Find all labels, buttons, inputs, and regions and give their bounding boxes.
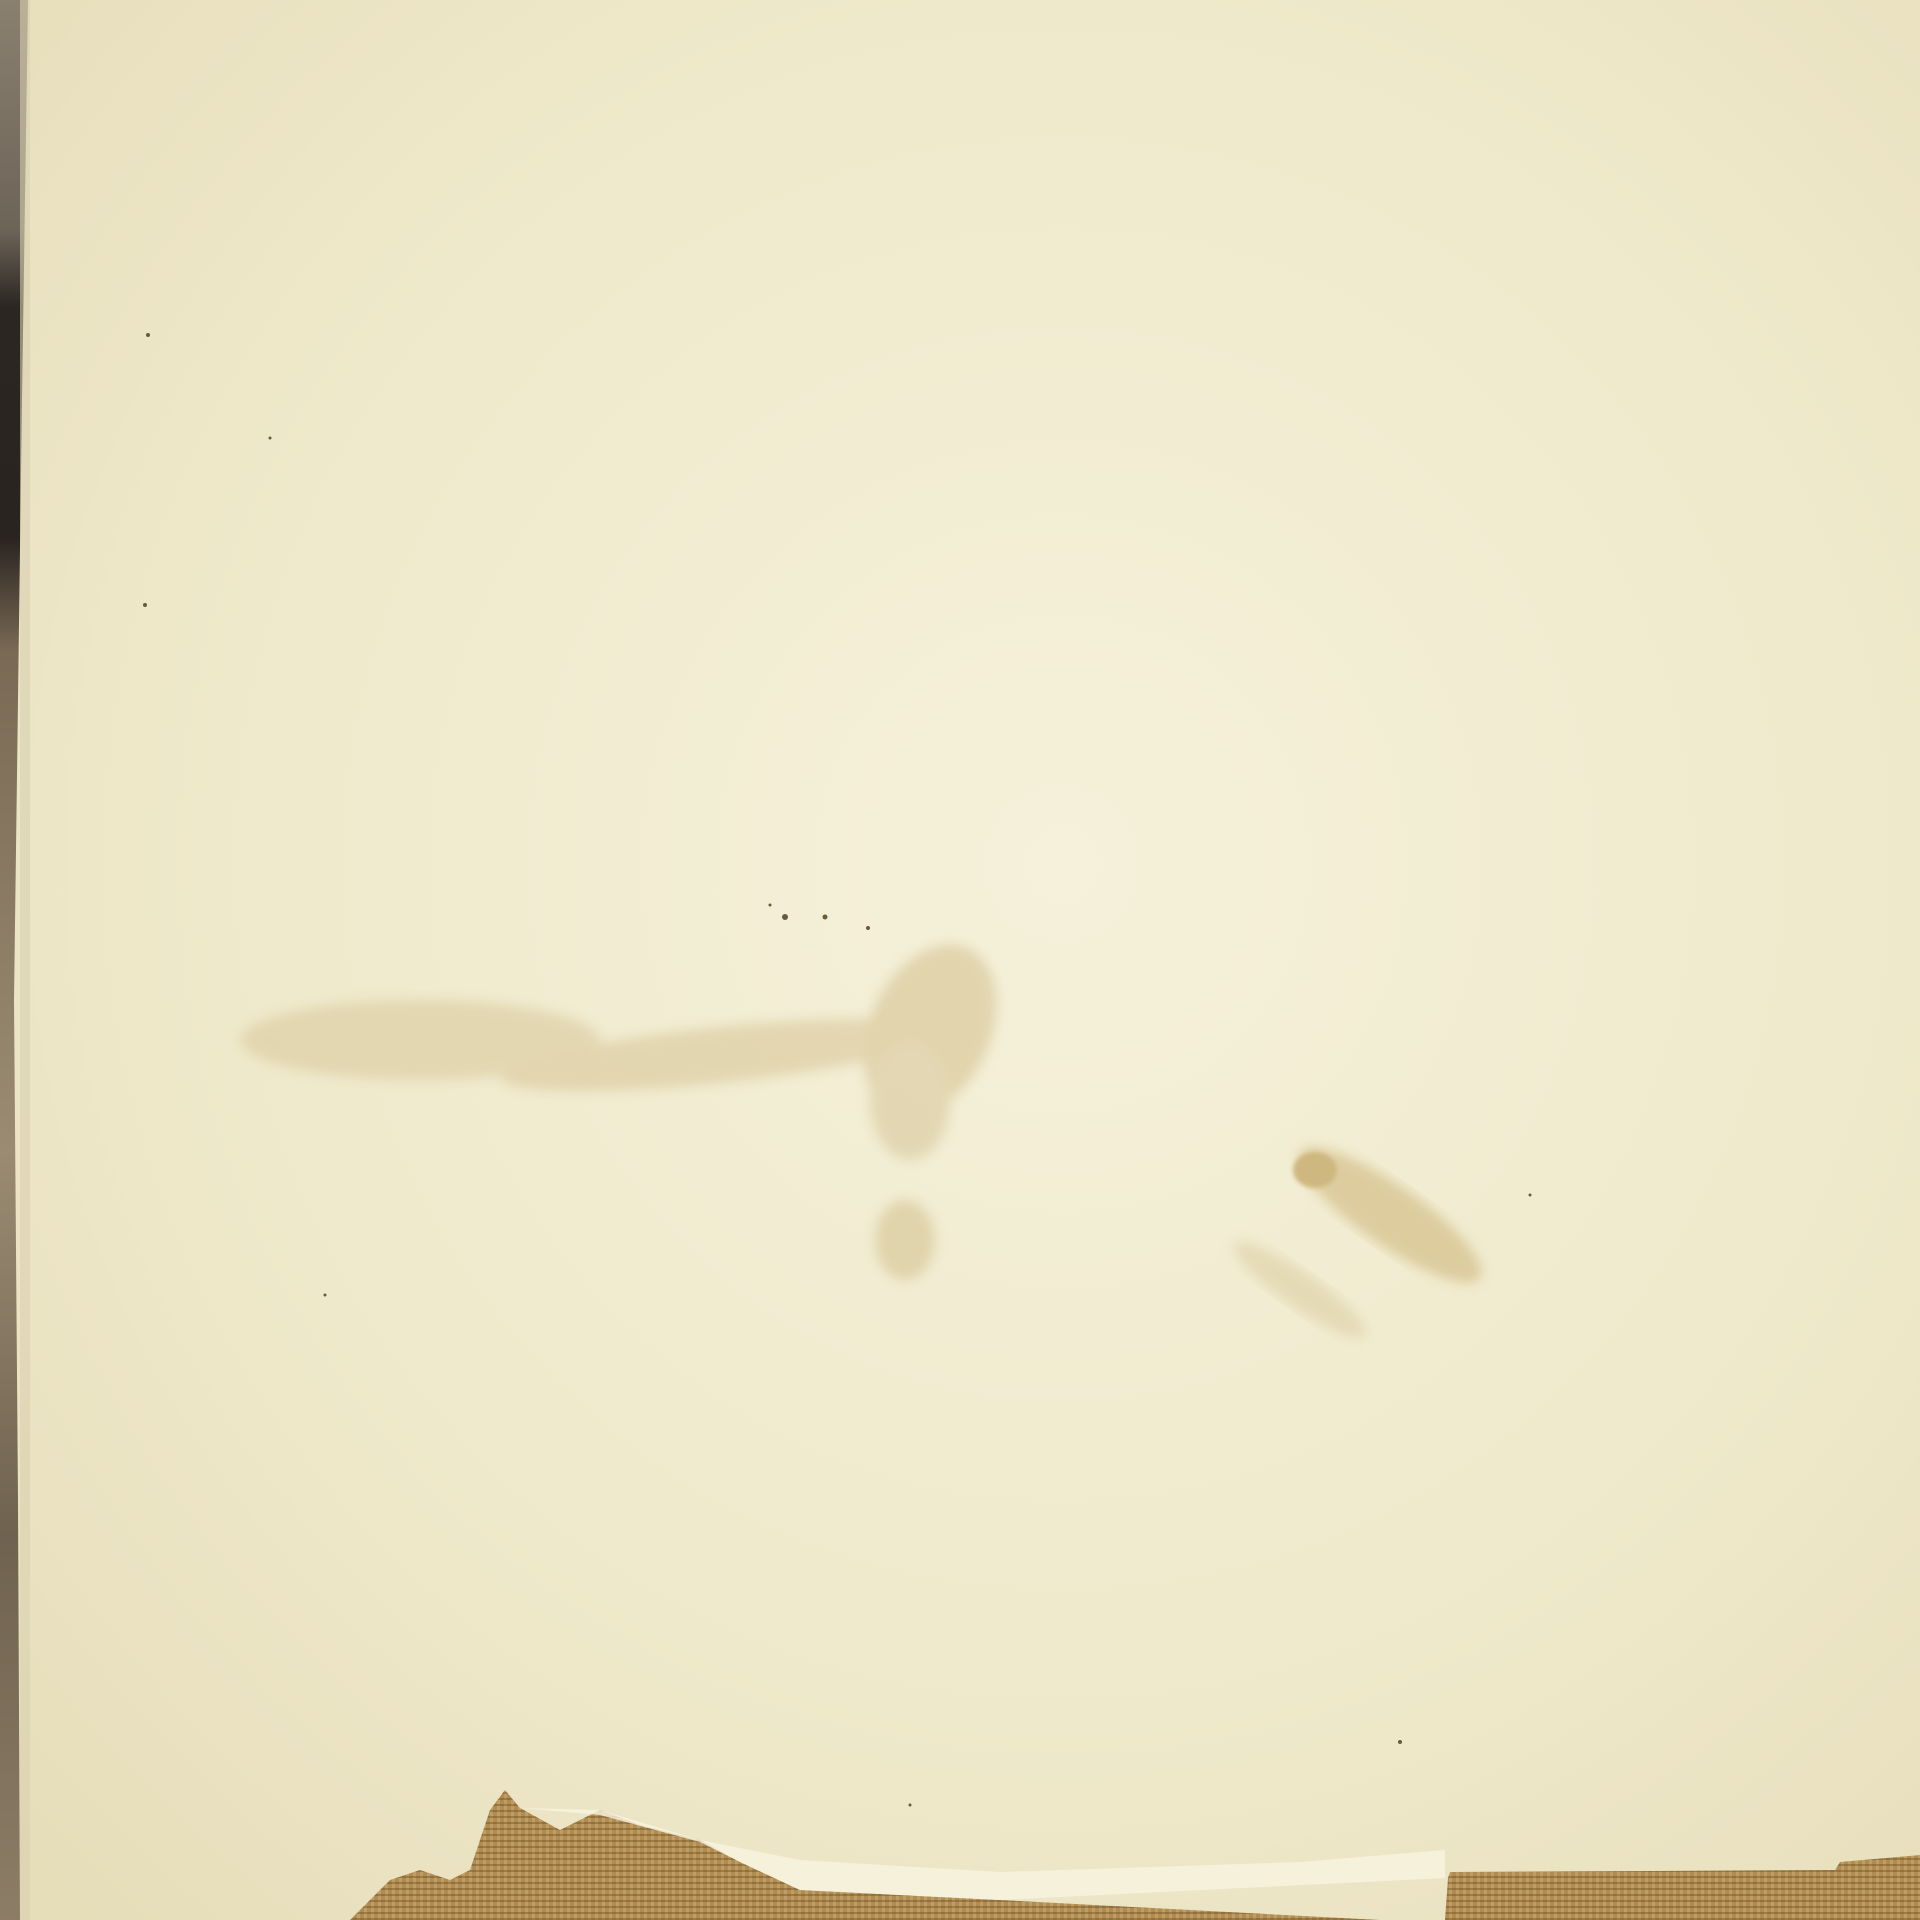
paper-page (0, 0, 1920, 1920)
page-edge-shadow (20, 0, 30, 1920)
